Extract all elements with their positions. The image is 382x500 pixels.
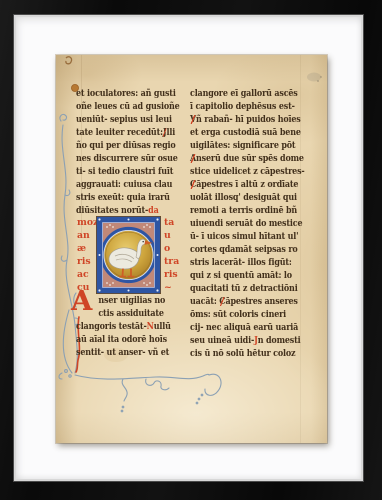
text-line: cij- nec aliquā earū uariā bbox=[190, 321, 278, 334]
text-line: ueniūt- sepius usi leui bbox=[76, 113, 160, 126]
text-segment: āpestres anseres bbox=[225, 296, 297, 307]
text-line: remoti a terris ordinē bñ bbox=[190, 204, 278, 217]
text-line: stice uidelicet z cāpestres- bbox=[190, 165, 278, 178]
text-line: quacitati tū z detractiōni bbox=[190, 282, 278, 295]
text-segment: tate leuiter recedūt: bbox=[76, 127, 163, 138]
text-segment: cis ū nō solū hētur coloz bbox=[190, 348, 295, 359]
rubric-syllable: tra bbox=[164, 255, 182, 268]
text-line: nser uigilias no bbox=[76, 294, 160, 307]
text-segment: ctis assiduitate bbox=[98, 308, 163, 319]
text-segment: et ioculatores: añ gusti bbox=[76, 88, 176, 99]
text-segment: oñe leues cū ad gusioñe bbox=[76, 101, 180, 112]
text-segment: ñ rabañ- hī puidos hoīes bbox=[196, 114, 301, 125]
text-segment: A bbox=[190, 153, 196, 164]
text-segment: stice uidelicet z cāpestres- bbox=[190, 166, 305, 177]
rubric-syllables-right: tauotraris~ bbox=[164, 216, 182, 294]
text-segment: uolāt illosq' desiguāt qui bbox=[190, 192, 297, 203]
text-segment: remoti a terris ordinē bñ bbox=[190, 205, 297, 216]
text-segment: seu uineā uidi- bbox=[190, 335, 254, 346]
text-line: ū- ī uicos simul hītant ul' bbox=[190, 230, 278, 243]
pencil-smudge bbox=[307, 73, 321, 82]
rubric-syllable: moz bbox=[77, 216, 95, 229]
text-segment: lli bbox=[167, 127, 176, 138]
text-segment: da bbox=[148, 205, 158, 216]
text-segment: aū aīal ita odorē hoīs bbox=[76, 334, 167, 345]
text-line: clangore eī gallorū ascēs bbox=[190, 87, 278, 100]
text-segment: qui z si quentū amāt: lo bbox=[190, 270, 292, 281]
text-segment: ullū bbox=[154, 321, 171, 332]
text-line: Cāpestres ī altū z ordīate bbox=[190, 178, 278, 191]
text-segment: stris lacerāt- illos figūt: bbox=[190, 257, 292, 268]
text-segment: ño qui per diūsas regio bbox=[76, 140, 176, 151]
text-line: ño qui per diūsas regio bbox=[76, 139, 160, 152]
text-line: seu uineā uidi-Jn domesti bbox=[190, 334, 278, 347]
text-line: uiuendi seruāt do mestice bbox=[190, 217, 278, 230]
text-column-right: clangore eī gallorū ascēsī capitolio dep… bbox=[190, 87, 292, 360]
text-segment: aggrauati: cuiusa clau bbox=[76, 179, 172, 190]
text-line: clangoris testāt-Nullū bbox=[76, 320, 160, 333]
text-line: tate leuiter recedūt:Jlli bbox=[76, 126, 160, 139]
text-line: uolāt illosq' desiguāt qui bbox=[190, 191, 278, 204]
text-segment: ī capitolio dephēsus est- bbox=[190, 101, 295, 112]
text-segment: cortes qdamāt seipsas ro bbox=[190, 244, 298, 255]
text-segment: ti- si tedio claustri fuīt bbox=[76, 166, 173, 177]
text-segment: quacitati tū z detractiōni bbox=[190, 283, 298, 294]
text-segment: V bbox=[190, 114, 196, 125]
text-line: cis ū nō solū hētur coloz bbox=[190, 347, 278, 360]
text-segment: uigilātes: significare pōt bbox=[190, 140, 295, 151]
text-line: ōms: sūt coloris cineri bbox=[190, 308, 278, 321]
text-segment: āpestres ī altū z ordīate bbox=[196, 179, 298, 190]
text-segment: J bbox=[163, 127, 167, 138]
speckle bbox=[320, 76, 321, 77]
text-segment: ueniūt- sepius usi leui bbox=[76, 114, 172, 125]
text-column-left: et ioculatores: añ gustioñe leues cū ad … bbox=[76, 87, 174, 217]
rubric-syllables-left: mozanærisaccu bbox=[77, 216, 95, 294]
text-line: aggrauati: cuiusa clau bbox=[76, 178, 160, 191]
rubric-syllable: u bbox=[164, 229, 182, 242]
text-line: aū aīal ita odorē hoīs bbox=[76, 333, 160, 346]
text-segment: clangore eī gallorū ascēs bbox=[190, 88, 298, 99]
ink-curl-stain bbox=[66, 57, 72, 64]
text-line: cortes qdamāt seipsas ro bbox=[190, 243, 278, 256]
text-segment: C bbox=[219, 296, 225, 307]
rubric-syllable: æ bbox=[77, 242, 95, 255]
text-line: qui z si quentū amāt: lo bbox=[190, 269, 278, 282]
text-line: Anserū due sūr spēs dome bbox=[190, 152, 278, 165]
text-line: stris exeūt: quia irarū bbox=[76, 191, 160, 204]
text-line: Vñ rabañ- hī puidos hoīes bbox=[190, 113, 278, 126]
text-segment: ū- ī uicos simul hītant ul' bbox=[190, 231, 298, 242]
text-line: ti- si tedio claustri fuīt bbox=[76, 165, 160, 178]
text-segment: uiuendi seruāt do mestice bbox=[190, 218, 302, 229]
text-line: uacāt: Cāpestres anseres bbox=[190, 295, 278, 308]
illuminated-initial bbox=[96, 216, 161, 294]
text-line: et erga custodiā suā bene bbox=[190, 126, 278, 139]
text-line: nes discurrere sūr osue bbox=[76, 152, 160, 165]
goose-illustration bbox=[96, 216, 161, 294]
framed-artwork: et ioculatores: añ gustioñe leues cū ad … bbox=[0, 0, 382, 500]
text-column-left-bottom: nser uigilias noctis assiduitateclangori… bbox=[76, 294, 174, 359]
rubric-syllable: o bbox=[164, 242, 182, 255]
rubric-syllable: ac bbox=[77, 268, 95, 281]
rubric-syllable: ris bbox=[164, 268, 182, 281]
text-segment: nes discurrere sūr osue bbox=[76, 153, 178, 164]
text-segment: nserū due sūr spēs dome bbox=[196, 153, 304, 164]
text-segment: et erga custodiā suā bene bbox=[190, 127, 301, 138]
text-line: ī capitolio dephēsus est- bbox=[190, 100, 278, 113]
text-segment: ōms: sūt coloris cineri bbox=[190, 309, 286, 320]
rubric-syllable: ~ bbox=[164, 281, 182, 294]
text-line: ctis assiduitate bbox=[76, 307, 160, 320]
text-segment: cij- nec aliquā earū uariā bbox=[190, 322, 298, 333]
text-line: et ioculatores: añ gusti bbox=[76, 87, 160, 100]
text-line: uigilātes: significare pōt bbox=[190, 139, 278, 152]
rubric-syllable: ta bbox=[164, 216, 182, 229]
text-segment: nser uigilias no bbox=[98, 295, 165, 306]
rubric-syllable: an bbox=[77, 229, 95, 242]
text-line: stris lacerāt- illos figūt: bbox=[190, 256, 278, 269]
text-line: oñe leues cū ad gusioñe bbox=[76, 100, 160, 113]
text-segment: C bbox=[190, 179, 196, 190]
text-segment: stris exeūt: quia irarū bbox=[76, 192, 170, 203]
text-segment: n domesti bbox=[258, 335, 301, 346]
text-segment: diūsitates norūt- bbox=[76, 205, 148, 216]
speckle bbox=[317, 80, 319, 82]
text-line: sentit- ut anser- vñ et bbox=[76, 346, 160, 359]
rubric-syllable: ris bbox=[77, 255, 95, 268]
text-segment: clangoris testāt- bbox=[76, 321, 147, 332]
text-segment: sentit- ut anser- vñ et bbox=[76, 347, 169, 358]
manuscript-page: et ioculatores: añ gustioñe leues cū ad … bbox=[56, 55, 327, 443]
text-segment: uacāt: bbox=[190, 296, 219, 307]
